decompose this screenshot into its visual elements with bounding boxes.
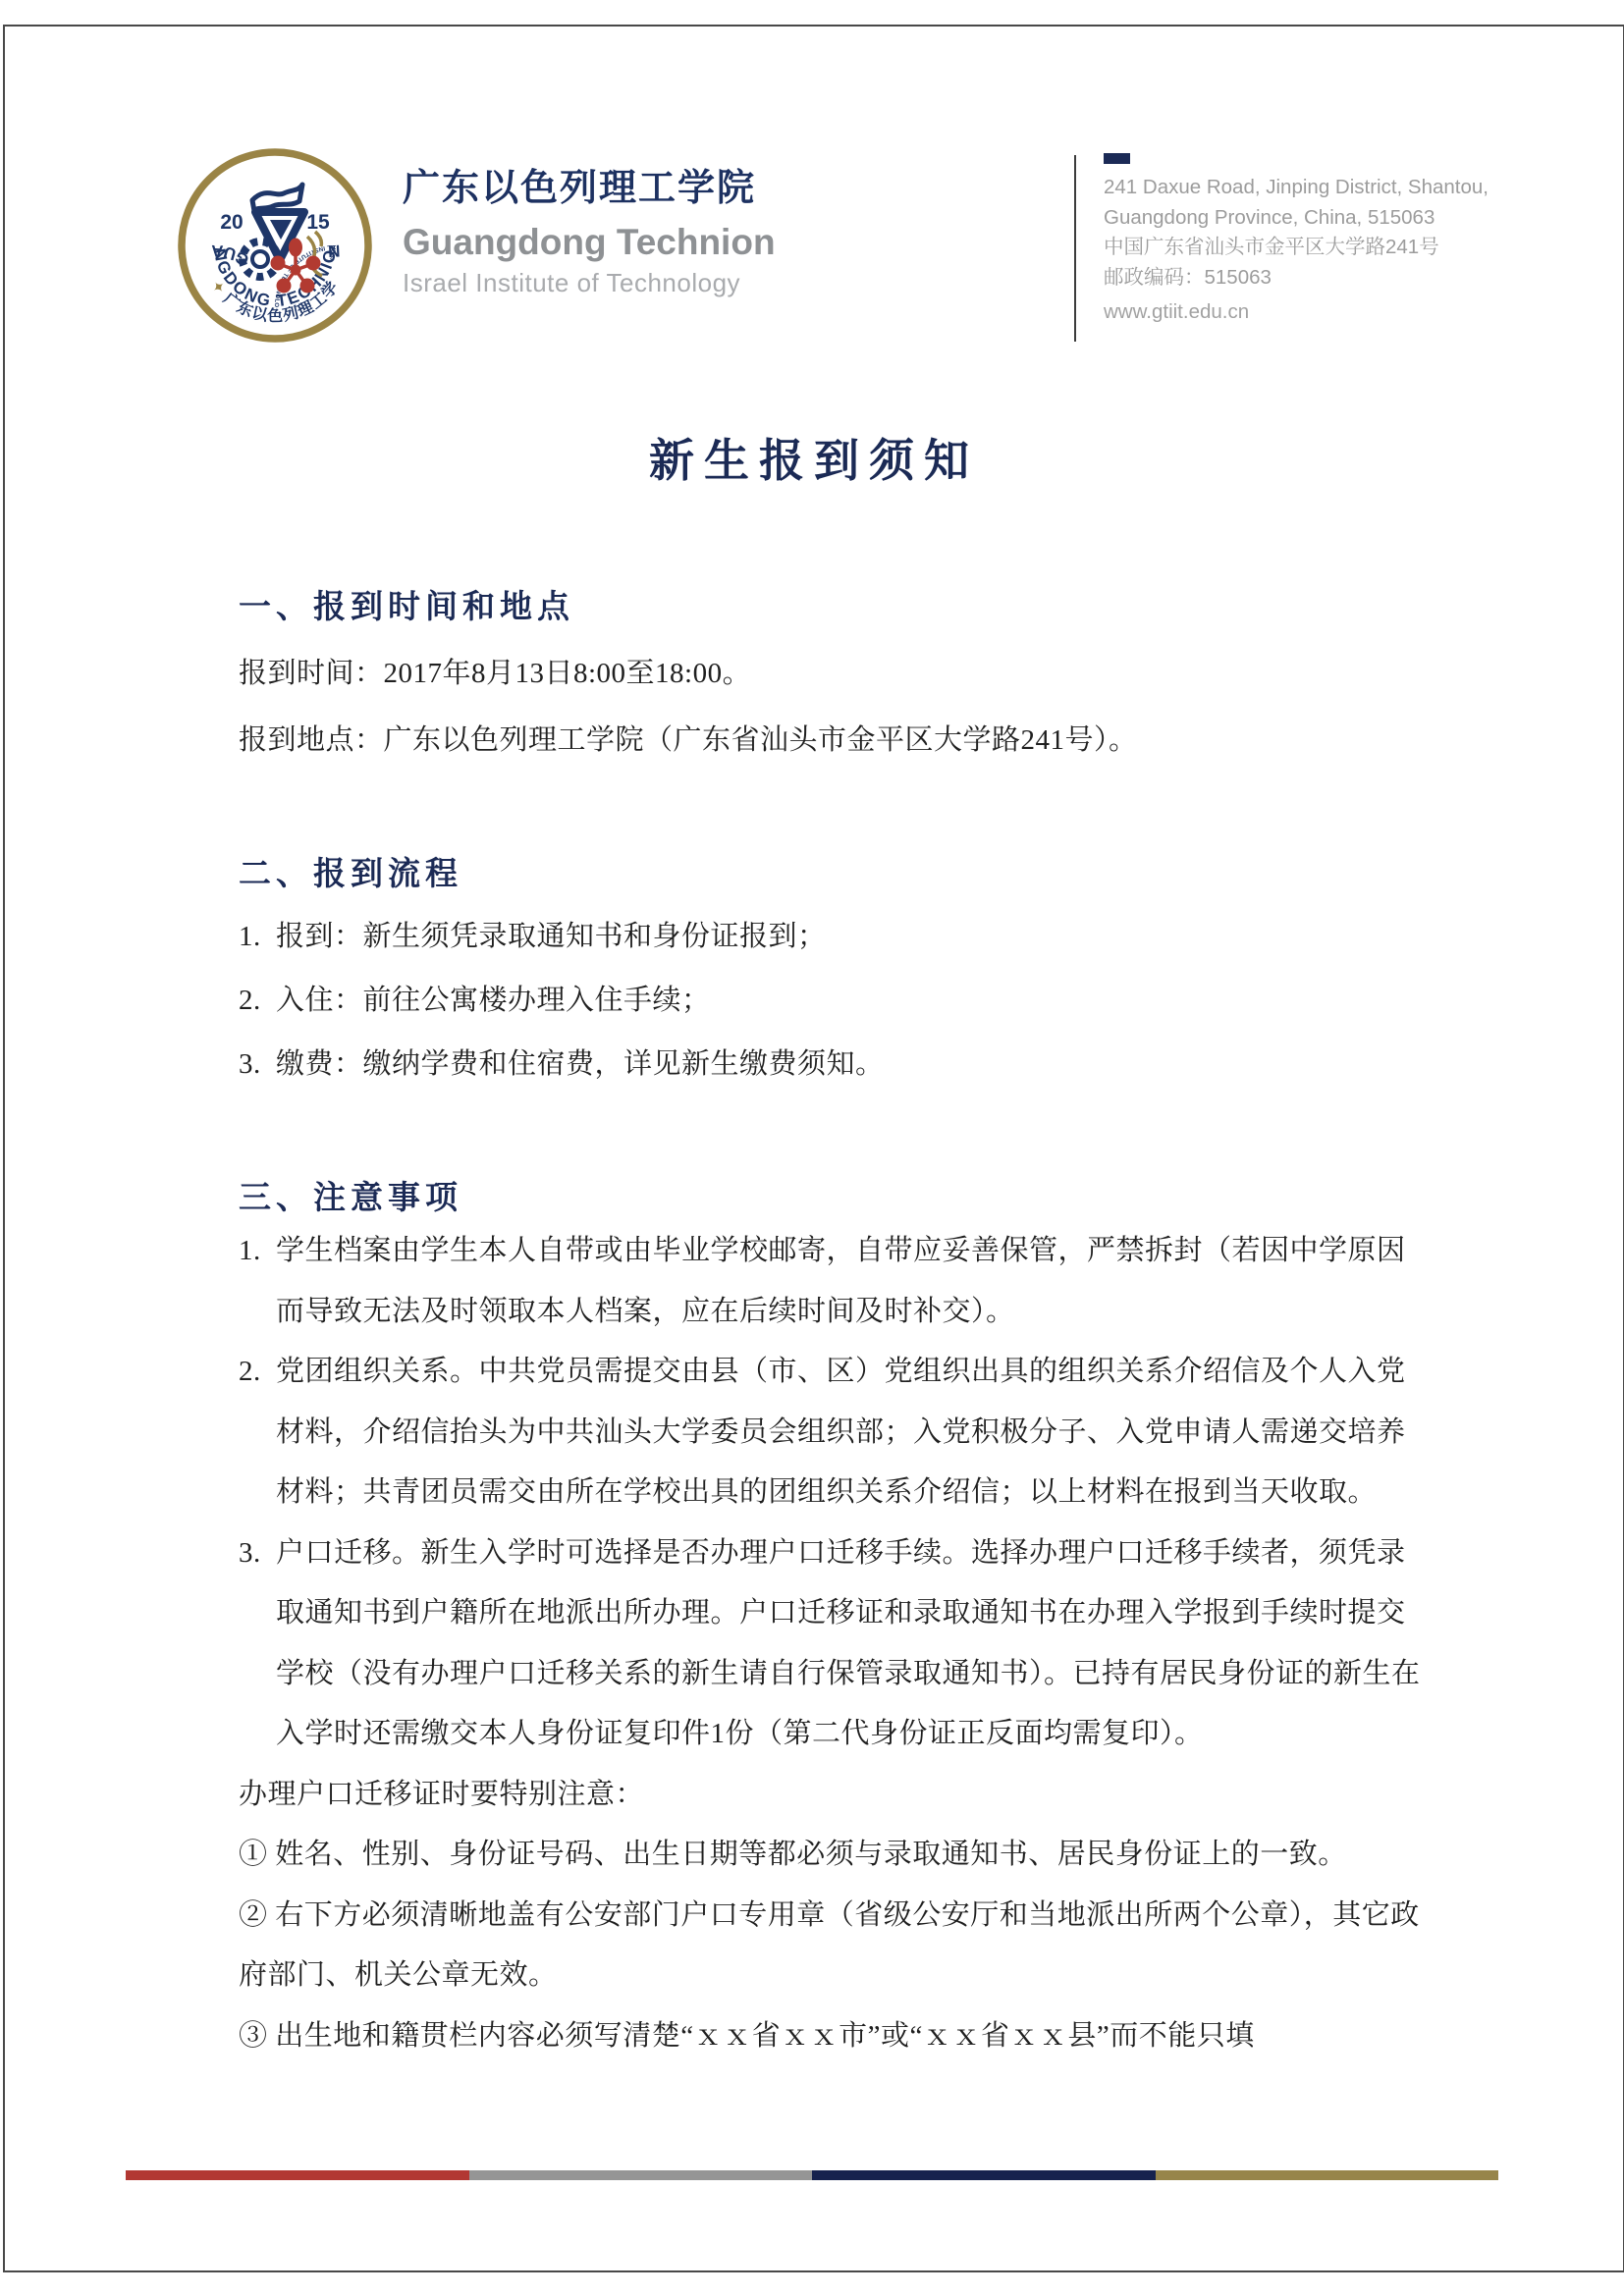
header-accent-dash — [1104, 153, 1130, 164]
list-item-number: 3. — [239, 1523, 261, 1584]
address-block: 241 Daxue Road, Jinping District, Shanto… — [1104, 153, 1516, 328]
list-item-number: 2. — [239, 1342, 261, 1403]
section1-body: 报到时间：2017年8月13日8:00至18:00。 报到地点：广东以色列理工学… — [239, 640, 1429, 774]
paragraph-report-place: 报到地点：广东以色列理工学院（广东省汕头市金平区大学路241号）。 — [239, 707, 1429, 774]
list-item-number: 1. — [239, 1221, 261, 1282]
section1-heading: 一、报到时间和地点 — [239, 589, 574, 624]
institute-name-en: Guangdong Technion — [403, 224, 776, 260]
list-item-text: 入住：前往公寓楼办理入住手续； — [276, 985, 711, 1016]
institute-name-zh: 广东以色列理工学院 — [403, 170, 776, 207]
institute-name-block: 广东以色列理工学院 Guangdong Technion Israel Inst… — [403, 170, 776, 295]
note-item: ② 右下方必须清晰地盖有公安部门户口专用章（省级公安厅和当地派出所两个公章），其… — [239, 1886, 1429, 2006]
footer-bar-segment — [812, 2170, 1156, 2180]
footer-bar-segment — [1156, 2170, 1499, 2180]
address-line: 241 Daxue Road, Jinping District, Shanto… — [1104, 173, 1516, 203]
footer-color-bar — [126, 2170, 1498, 2180]
list-item: 1.学生档案由学生本人自带或由毕业学校邮寄，自带应妥善保管，严禁拆封（若因中学原… — [239, 1221, 1429, 1342]
institute-subtitle-en: Israel Institute of Technology — [403, 270, 776, 295]
address-line: 邮政编码：515063 — [1104, 263, 1516, 294]
star-icon: ✦ — [175, 145, 182, 149]
list-item: 3.户口迁移。新生入学时可选择是否办理户口迁移手续。选择办理户口迁移手续者，须凭… — [239, 1523, 1429, 1765]
website-url: www.gtiit.edu.cn — [1104, 297, 1516, 328]
note-heading: 办理户口迁移证时要特别注意： — [239, 1765, 1429, 1826]
footer-bar-segment — [469, 2170, 813, 2180]
list-item-text: 报到：新生须凭录取通知书和身份证报到； — [276, 921, 827, 952]
section2-heading: 二、报到流程 — [239, 856, 462, 891]
document-page: GUANGDONG TECHNION ISRAEL INSTITUTE OF T… — [3, 25, 1624, 2272]
header-divider — [1074, 155, 1076, 342]
note-item: ① 姓名、性别、身份证号码、出生日期等都必须与录取通知书、居民身份证上的一致。 — [239, 1825, 1429, 1886]
note-item: ③ 出生地和籍贯栏内容必须写清楚“ｘｘ省ｘｘ市”或“ｘｘ省ｘｘ县”而不能只填 — [239, 2006, 1429, 2067]
section2-body: 1.报到：新生须凭录取通知书和身份证报到； 2.入住：前往公寓楼办理入住手续； … — [239, 905, 1429, 1096]
university-seal-icon: GUANGDONG TECHNION ISRAEL INSTITUTE OF T… — [175, 145, 375, 346]
list-item-number: 1. — [239, 905, 261, 969]
list-item-number: 3. — [239, 1033, 261, 1096]
page-title: 新生报到须知 — [5, 434, 1623, 488]
section3-heading: 三、注意事项 — [239, 1180, 462, 1215]
paragraph-report-time: 报到时间：2017年8月13日8:00至18:00。 — [239, 640, 1429, 707]
list-item: 1.报到：新生须凭录取通知书和身份证报到； — [239, 905, 1429, 969]
list-item: 2.入住：前往公寓楼办理入住手续； — [239, 969, 1429, 1033]
address-line: Guangdong Province, China, 515063 — [1104, 203, 1516, 234]
list-item-text: 户口迁移。新生入学时可选择是否办理户口迁移手续。选择办理户口迁移手续者，须凭录取… — [276, 1537, 1421, 1750]
address-line: 中国广东省汕头市金平区大学路241号 — [1104, 233, 1516, 263]
list-item-text: 党团组织关系。中共党员需提交由县（市、区）党组织出具的组织关系介绍信及个人入党材… — [276, 1356, 1406, 1508]
footer-bar-segment — [126, 2170, 469, 2180]
list-item: 3.缴费：缴纳学费和住宿费，详见新生缴费须知。 — [239, 1033, 1429, 1096]
list-item: 2.党团组织关系。中共党员需提交由县（市、区）党组织出具的组织关系介绍信及个人入… — [239, 1342, 1429, 1523]
seal-year-right: 15 — [306, 211, 330, 234]
list-item-text: 缴费：缴纳学费和住宿费，详见新生缴费须知。 — [276, 1048, 885, 1080]
list-item-text: 学生档案由学生本人自带或由毕业学校邮寄，自带应妥善保管，严禁拆封（若因中学原因而… — [276, 1235, 1406, 1327]
seal-year-left: 20 — [220, 211, 243, 234]
section3-body: 1.学生档案由学生本人自带或由毕业学校邮寄，自带应妥善保管，严禁拆封（若因中学原… — [239, 1221, 1429, 2066]
list-item-number: 2. — [239, 969, 261, 1033]
